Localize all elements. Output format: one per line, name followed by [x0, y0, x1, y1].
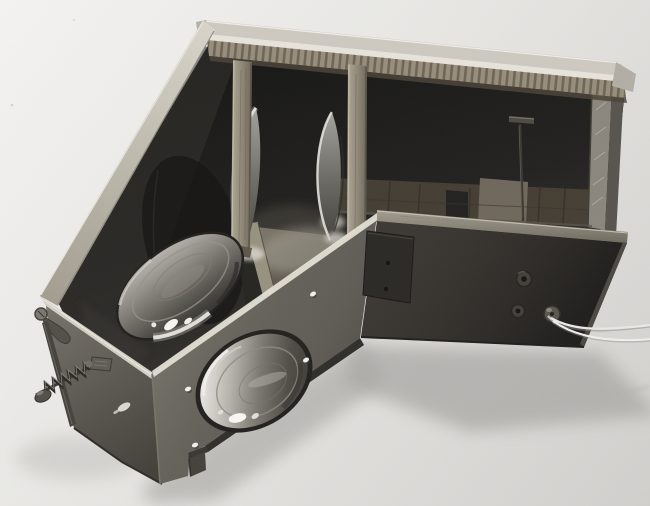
film-grain	[0, 0, 650, 506]
photograph: Wooden optical instrument with condenser…	[0, 0, 650, 506]
photo-stage: Wooden optical instrument with condenser…	[0, 0, 650, 506]
